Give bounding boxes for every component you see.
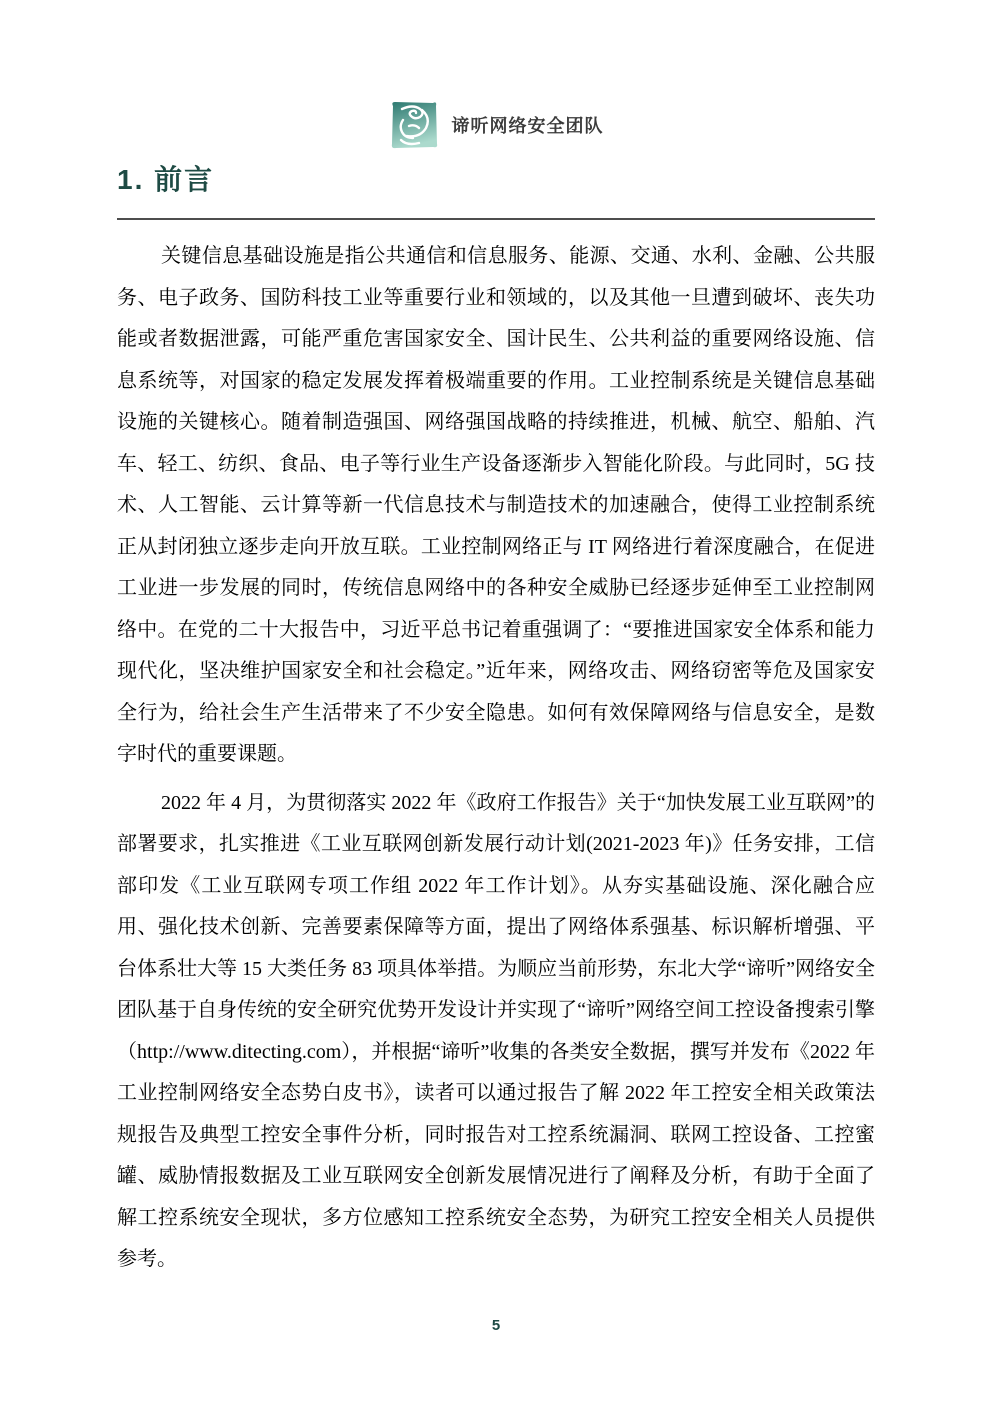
ditecting-seal-logo-icon xyxy=(389,100,439,150)
heading-divider xyxy=(117,218,875,220)
paragraph-1: 关键信息基础设施是指公共通信和信息服务、能源、交通、水利、金融、公共服务、电子政… xyxy=(117,236,875,776)
paragraph-2: 2022 年 4 月，为贯彻落实 2022 年《政府工作报告》关于“加快发展工业… xyxy=(117,783,875,1281)
team-name-label: 谛听网络安全团队 xyxy=(452,112,604,138)
document-page: 谛听网络安全团队 1. 前言 关键信息基础设施是指公共通信和信息服务、能源、交通… xyxy=(0,0,992,1403)
page-number: 5 xyxy=(0,1317,992,1334)
body-content: 关键信息基础设施是指公共通信和信息服务、能源、交通、水利、金融、公共服务、电子政… xyxy=(117,236,875,1288)
section-title: 1. 前言 xyxy=(117,163,214,197)
header: 谛听网络安全团队 xyxy=(0,100,992,150)
